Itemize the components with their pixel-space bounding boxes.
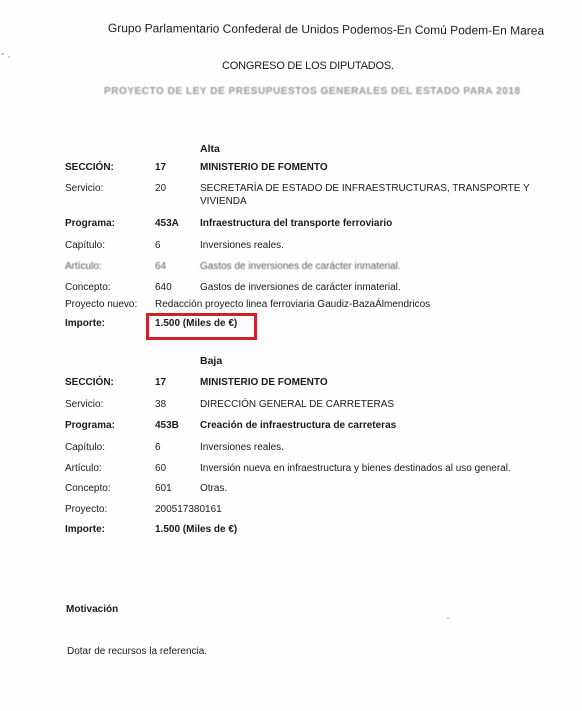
field-code: 60	[155, 462, 200, 475]
baja-section-title: Baja	[200, 355, 222, 367]
baja-row-servicio: Servicio: 38 DIRECCIÓN GENERAL DE CARRET…	[65, 398, 570, 411]
field-code: 453A	[155, 217, 200, 230]
field-label: Artículo:	[65, 462, 155, 475]
field-value: Gastos de inversiones de carácter inmate…	[200, 281, 535, 294]
scan-speck	[1, 53, 4, 55]
field-value: MINISTERIO DE FOMENTO	[200, 376, 535, 389]
field-code: 6	[155, 239, 200, 252]
congress-title: CONGRESO DE LOS DIPUTADOS.	[222, 60, 394, 72]
field-label: Programa:	[65, 217, 155, 230]
field-value: 1.500 (Miles de €)	[155, 523, 570, 536]
document-page: Grupo Parlamentario Confederal de Unidos…	[0, 0, 582, 711]
field-value: Creación de infraestructura de carretera…	[200, 419, 535, 432]
field-code: 20	[155, 182, 200, 208]
field-value: DIRECCIÓN GENERAL DE CARRETERAS	[200, 398, 535, 411]
field-label: Servicio:	[65, 398, 155, 411]
field-code: 6	[155, 441, 200, 454]
field-label: Proyecto nuevo:	[65, 298, 155, 311]
field-code: 640	[155, 281, 200, 294]
field-value: 200517380161	[155, 503, 570, 516]
alta-row-servicio: Servicio: 20 SECRETARÍA DE ESTADO DE INF…	[65, 182, 570, 208]
field-label: Concepto:	[65, 281, 155, 294]
field-label: Programa:	[65, 419, 155, 432]
alta-section-title: Alta	[200, 143, 220, 155]
parliamentary-group-line: Grupo Parlamentario Confederal de Unidos…	[108, 21, 544, 38]
alta-row-concepto: Concepto: 640 Gastos de inversiones de c…	[65, 281, 570, 294]
alta-row-importe: Importe: 1.500 (Miles de €)	[65, 317, 570, 330]
field-label: SECCIÓN:	[65, 161, 155, 174]
field-code: 64	[155, 260, 200, 273]
alta-row-seccion: SECCIÓN: 17 MINISTERIO DE FOMENTO	[65, 161, 570, 174]
field-value: SECRETARÍA DE ESTADO DE INFRAESTRUCTURAS…	[200, 182, 535, 208]
field-value: Gastos de inversiones de carácter inmate…	[200, 260, 535, 273]
field-code: 453B	[155, 419, 200, 432]
field-label: Servicio:	[65, 182, 155, 208]
field-label: Capítulo:	[65, 441, 155, 454]
law-project-stamp: PROYECTO DE LEY DE PRESUPUESTOS GENERALE…	[104, 86, 521, 97]
field-code: 601	[155, 482, 200, 495]
field-label: Capítulo:	[65, 239, 155, 252]
field-value: 1.500 (Miles de €)	[155, 317, 570, 330]
scan-speck	[8, 56, 10, 58]
field-label: SECCIÓN:	[65, 376, 155, 389]
field-value: Redacción proyecto linea ferroviaria Gau…	[155, 298, 570, 311]
field-value: Inversiones reales.	[200, 239, 535, 252]
baja-row-proyecto: Proyecto: 200517380161	[65, 503, 570, 516]
baja-row-seccion: SECCIÓN: 17 MINISTERIO DE FOMENTO	[65, 376, 570, 389]
baja-row-capitulo: Capítulo: 6 Inversiones reales.	[65, 441, 570, 454]
baja-row-programa: Programa: 453B Creación de infraestructu…	[65, 419, 570, 432]
alta-row-articulo: Artículo: 64 Gastos de inversiones de ca…	[65, 260, 570, 273]
field-label: Importe:	[65, 317, 155, 330]
alta-row-proyecto-nuevo: Proyecto nuevo: Redacción proyecto linea…	[65, 298, 570, 311]
field-code: 38	[155, 398, 200, 411]
alta-row-programa: Programa: 453A Infraestructura del trans…	[65, 217, 570, 230]
alta-row-capitulo: Capítulo: 6 Inversiones reales.	[65, 239, 570, 252]
field-value: Otras.	[200, 482, 535, 495]
field-value: Inversiones reales.	[200, 441, 535, 454]
motivation-text: Dotar de recursos la referencia.	[67, 646, 207, 657]
field-label: Proyecto:	[65, 503, 155, 516]
field-value: Inversión nueva en infraestructura y bie…	[200, 462, 535, 475]
field-code: 17	[155, 161, 200, 174]
field-label: Concepto:	[65, 482, 155, 495]
field-label: Importe:	[65, 523, 155, 536]
field-value: MINISTERIO DE FOMENTO	[200, 161, 535, 174]
field-value: Infraestructura del transporte ferroviar…	[200, 217, 535, 230]
baja-row-importe: Importe: 1.500 (Miles de €)	[65, 523, 570, 536]
field-label: Artículo:	[65, 260, 155, 273]
motivation-title: Motivación	[66, 604, 118, 615]
field-code: 17	[155, 376, 200, 389]
baja-row-articulo: Artículo: 60 Inversión nueva en infraest…	[65, 462, 570, 475]
scan-speck	[447, 617, 449, 619]
baja-row-concepto: Concepto: 601 Otras.	[65, 482, 570, 495]
